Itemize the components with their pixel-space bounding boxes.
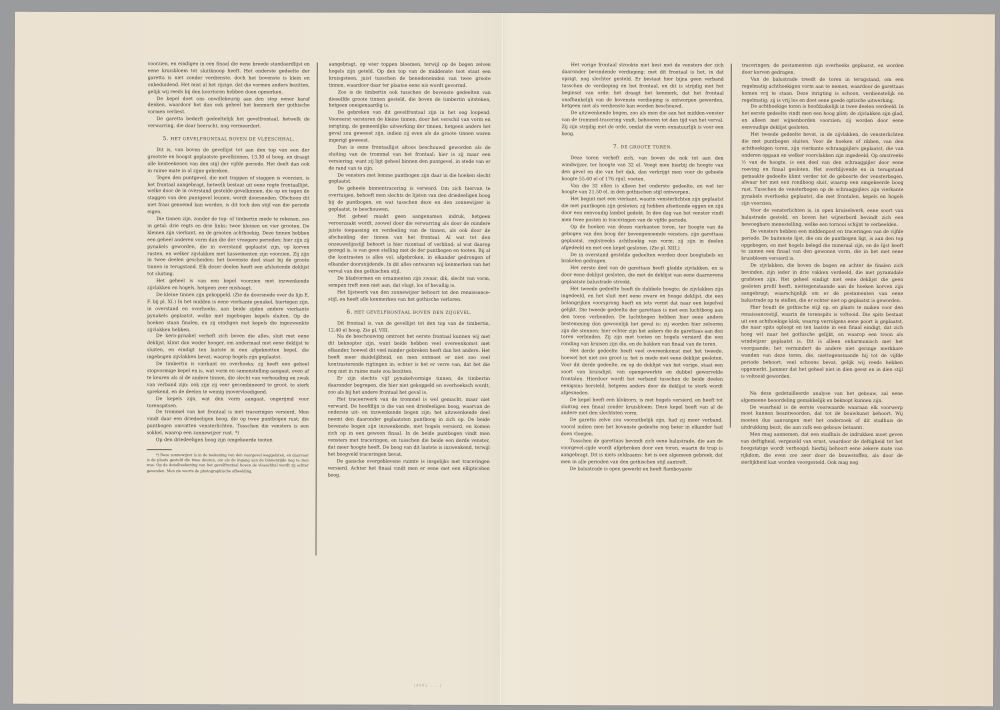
center-fold — [499, 13, 504, 705]
paragraph: Het tweede gedeelte heeft de dubbele hoo… — [561, 287, 723, 350]
paragraph: Dit is, van boven de gevellijst tot aan … — [147, 148, 309, 176]
right-page-column-1: Het vorige frontaal strookte niet best m… — [561, 63, 724, 474]
paragraph: De achthoekige toren is hoofdzakelijk in… — [742, 105, 904, 133]
paragraph: Er zijn slechts vijf pynakelvormige tinn… — [328, 376, 490, 397]
paragraph: De kepel doet ons onwillekeurig aan den … — [148, 97, 310, 118]
left-page-column-1: voorzien, en eindigen in een finaal die … — [147, 62, 310, 474]
paragraph: Op den driedeeligen boog zijn omgekeerde… — [147, 438, 309, 445]
paragraph: Dan is eene frontaallijst altoos beschou… — [328, 145, 490, 173]
paragraph: De vensters met lemme puntbogen zijn daa… — [328, 173, 490, 187]
paragraph: aangebragt, op wier toppen bloemen, terw… — [329, 63, 491, 91]
paragraph: De bladvormen en ornamenten zijn zwaar, … — [328, 277, 490, 291]
paragraph: Op de hoeken van dezen vierkanten toren,… — [561, 225, 723, 253]
paragraph: Voor de vensterlichten is, in open kruis… — [741, 209, 903, 230]
section-gap — [741, 381, 903, 391]
left-page-column-2: aangebragt, op wier toppen bloemen, terw… — [328, 63, 491, 481]
column-divider — [730, 64, 732, 428]
paragraph: De garetta bederft gedeeltelijk het geve… — [148, 117, 310, 131]
paragraph: traceringen; de postamenten zijn overhoe… — [742, 64, 904, 78]
section-heading-7: 7. De groote toren. — [562, 144, 724, 152]
paragraph: Na de beschouwing omtrent het eerste fro… — [328, 335, 490, 377]
paragraph: Men mag aannemen, dat een stadhuis de in… — [741, 433, 903, 468]
paragraph: De garetta zelve zou vooruitbelijk zijn,… — [561, 418, 723, 439]
paragraph: Het lijstwerk van den zonnewijzer behoor… — [328, 290, 490, 304]
paragraph: Deze toren verheft zich, van boven de no… — [561, 156, 723, 184]
section-heading-6: 6. Het gevelfrontaal boven den zijgevel. — [328, 309, 490, 317]
paragraph: Het geheel is van een kepel voorzien met… — [147, 279, 309, 293]
paragraph: Het tweede gedeelte bevat, in de zijvlak… — [741, 133, 903, 209]
paragraph: Zoo is de timbertin ook tusschen de bove… — [329, 90, 491, 111]
paragraph: Van de balustrade treedt de toren in ter… — [742, 77, 904, 105]
paragraph: Die tinnen zijn, zonder de top- of timbe… — [147, 217, 309, 280]
paragraph: De gebreken van dit gevelfrontaal zijn i… — [329, 111, 491, 146]
paragraph: De kepel heeft een kloktorn, is met hoge… — [561, 398, 723, 419]
paragraph: De waarheid is de eerste voorwaarde waar… — [741, 405, 903, 433]
paragraph: De uitzwenkende bogen, zoo als men die a… — [562, 111, 724, 139]
paragraph: De vensters hebben een middenpost en tra… — [741, 229, 903, 264]
paragraph: Tegen den puntgevel, die met trappen of … — [147, 176, 309, 218]
library-stamp: (4591 ...) — [413, 683, 442, 688]
paragraph: De timbertin is vierkant en overhoeks; z… — [147, 362, 309, 397]
paragraph: Hier houdt de gothische stijl op, en pla… — [741, 305, 903, 381]
paragraph: De zijvlakken, die boven de bogen en ach… — [741, 264, 903, 306]
right-page-column-2: traceringen; de postamenten zijn overhoe… — [741, 64, 904, 468]
paragraph: De in overstand gestelde gedeelten worde… — [561, 253, 723, 267]
paragraph: Het eerste deel van de garettaas heeft g… — [561, 267, 723, 288]
paragraph: De kleine tinnen zijn gekoppeld. (Zie de… — [147, 293, 309, 335]
column-divider — [315, 63, 317, 556]
section-heading-5: 5. Het gevelfrontaal boven de vleeschhal… — [148, 136, 310, 144]
paragraph: De geheele binnentracering is verward. O… — [328, 187, 490, 215]
paragraph: voorzien, en eindigen in een finaal die … — [148, 62, 310, 97]
book-spread: voorzien, en eindigen in een finaal die … — [13, 12, 995, 707]
paragraph: De trommel van het frontaal is met trace… — [147, 410, 309, 438]
paragraph: Dit frontaal is, van de gevellijst tot d… — [328, 321, 490, 335]
paragraph: Van die 32 ellen is alleen het onderste … — [561, 184, 723, 198]
paragraph: Het vorige frontaal strookte niet best m… — [562, 63, 724, 112]
paragraph: Na deze gedetailleerde analyse van het g… — [741, 391, 903, 405]
paragraph: Het begint met een vierkant, waarin vens… — [561, 197, 723, 225]
paragraph: Het geheel maakt geen aangenamen indruk,… — [328, 214, 490, 277]
paragraph: Het traceerwerk van de trommel is wel ge… — [328, 397, 490, 460]
footnote-divider — [147, 449, 172, 450]
paragraph: De balustrade is open gewerkt en heeft f… — [561, 467, 723, 474]
paragraph: De ganscke overgeblevene ruimte is insge… — [328, 459, 490, 480]
footnote: *) Deze zonnewijzer is in de teekening v… — [147, 453, 309, 474]
paragraph: De kepels zijn, wat den vorm aangaat, on… — [147, 397, 309, 411]
paragraph: De kern-pynakel verheft zich boven die a… — [147, 335, 309, 363]
paragraph: Tusschen de garettaas bevindt zich eene … — [561, 439, 723, 467]
paragraph: Het derde gedeelte heeft veel overeenkom… — [561, 349, 723, 398]
